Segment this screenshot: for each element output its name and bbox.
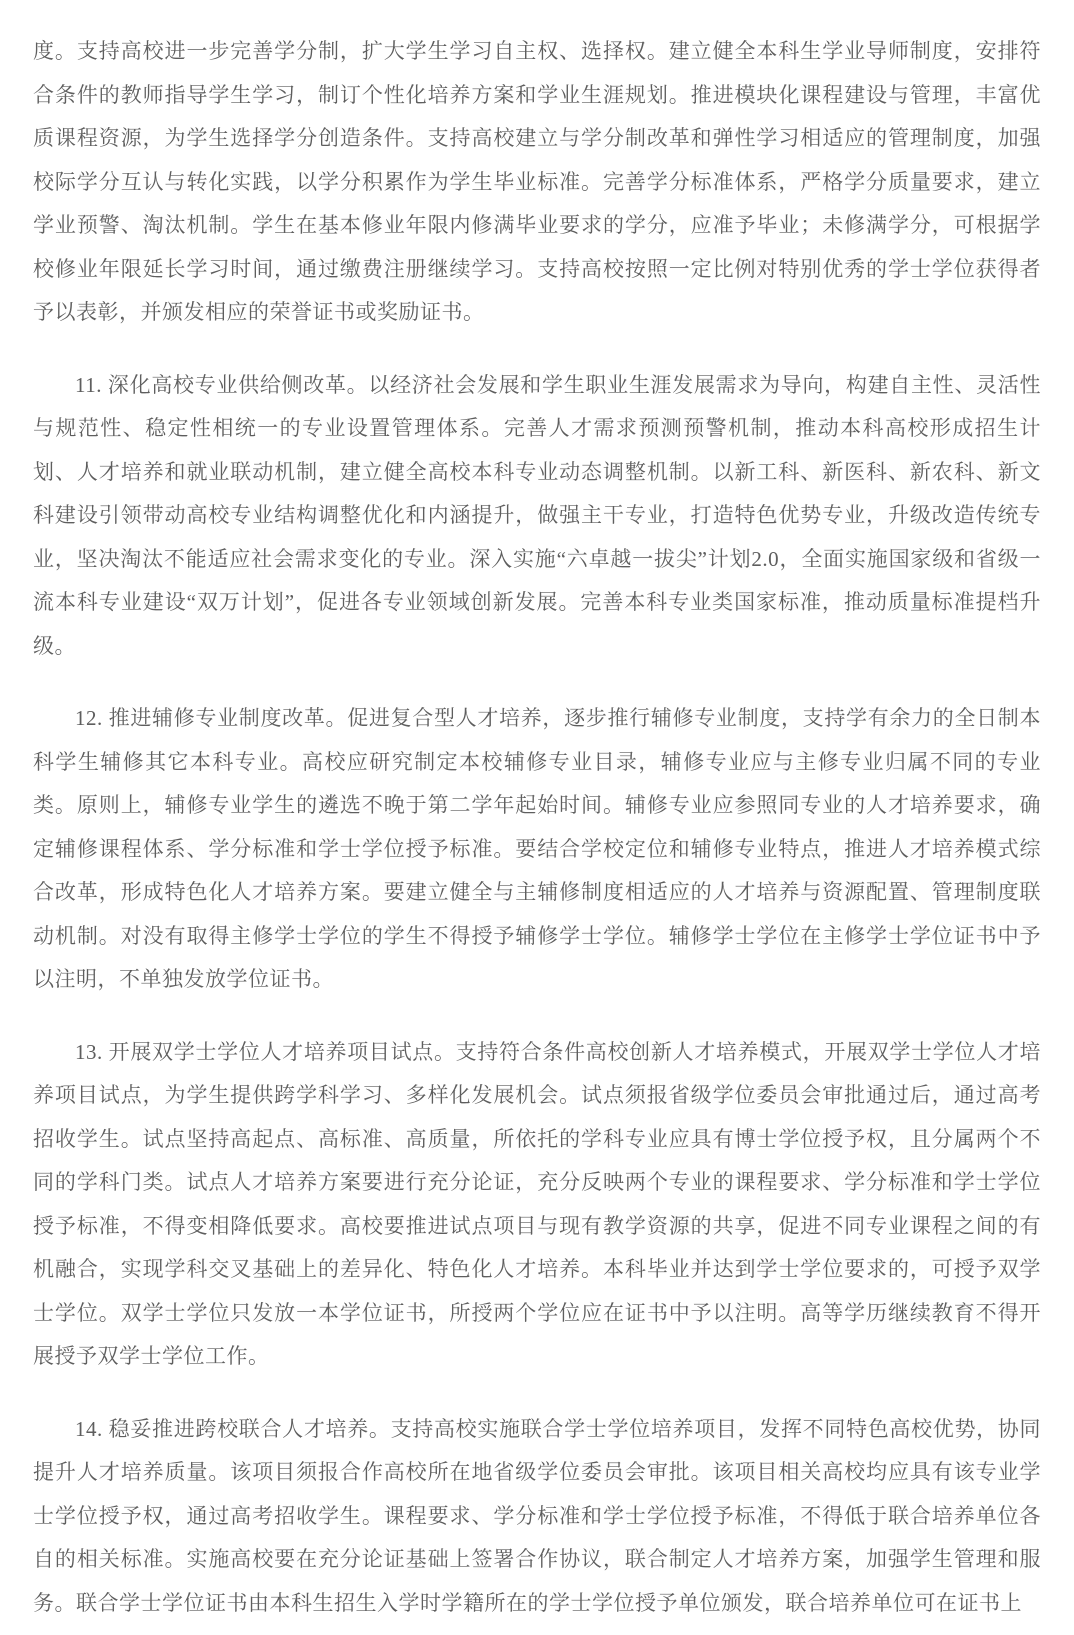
paragraph-item-12-minor-program-reform: 12. 推进辅修专业制度改革。促进复合型人才培养，逐步推行辅修专业制度，支持学有…	[33, 697, 1041, 1002]
paragraph-item-11-major-supply-reform: 11. 深化高校专业供给侧改革。以经济社会发展和学生职业生涯发展需求为导向，构建…	[33, 364, 1041, 669]
document-page: 度。支持高校进一步完善学分制，扩大学生学习自主权、选择权。建立健全本科生学业导师…	[0, 0, 1074, 1635]
paragraph-item-14-joint-cultivation: 14. 稳妥推进跨校联合人才培养。支持高校实施联合学士学位培养项目，发挥不同特色…	[33, 1408, 1041, 1626]
paragraph-item-13-double-degree-pilot: 13. 开展双学士学位人才培养项目试点。支持符合条件高校创新人才培养模式，开展双…	[33, 1031, 1041, 1379]
paragraph-credit-system-continuation: 度。支持高校进一步完善学分制，扩大学生学习自主权、选择权。建立健全本科生学业导师…	[33, 30, 1041, 335]
